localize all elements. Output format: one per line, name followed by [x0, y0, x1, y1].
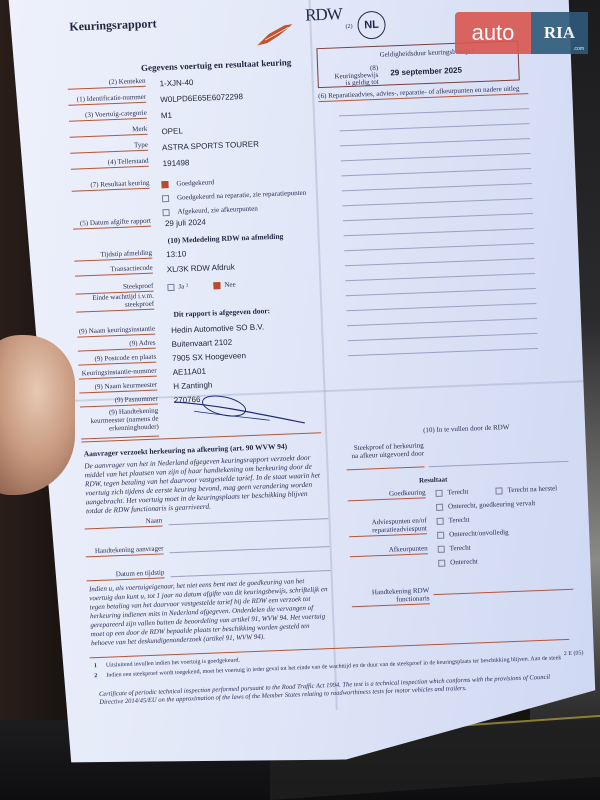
- checkbox[interactable]: [438, 560, 445, 567]
- notification-label: Tijdstip afmelding: [74, 249, 152, 262]
- notification-value: 13:10: [166, 249, 186, 259]
- reinspection-body: De aanvrager van het in Nederland afgege…: [84, 452, 326, 515]
- advice-line: [342, 183, 532, 191]
- checkbox[interactable]: [437, 532, 444, 539]
- advice-line: [344, 243, 534, 251]
- checkbox[interactable]: [435, 490, 442, 497]
- issuer-value: Hedin Automotive SO B.V.: [171, 322, 264, 335]
- checkbox[interactable]: [495, 487, 502, 494]
- result-option-label: Afgekeurd, zie afkeurpunten: [177, 205, 258, 216]
- issuer-label: (9) Postcode en plaats: [78, 353, 156, 366]
- advice-line: [348, 333, 538, 341]
- steekproef-option-label: Nee: [224, 280, 236, 288]
- rdw-option[interactable]: Terecht na herstel: [495, 484, 557, 494]
- rdw-signature-label: Handtekening RDW functionaris: [351, 586, 430, 607]
- field-value: W0LPD6E65E6072298: [160, 92, 243, 104]
- issuer-label: (9) Naam keurmeester: [79, 381, 157, 394]
- checkbox: [167, 284, 174, 291]
- field-value: M1: [161, 111, 172, 120]
- rdw-option[interactable]: Onterecht/onvolledig: [437, 528, 509, 539]
- field-label: (3) Voertuig-categorie: [69, 109, 147, 122]
- rdw-option-label: Terecht: [448, 516, 469, 525]
- issuer-value: H Zantingh: [173, 380, 212, 390]
- steekproef-option: Ja ²: [167, 282, 188, 291]
- wachttijd-label: Einde wachttijd i.v.m. steekproef: [76, 292, 155, 313]
- owner-note: Indien u, als voertuigeigenaar, het niet…: [89, 576, 331, 648]
- reinspection-name-label: Naam: [84, 516, 162, 529]
- result-option-label: Goedgekeurd: [176, 178, 214, 187]
- advice-line: [341, 168, 531, 176]
- section-vehicle-heading: Gegevens voertuig en resultaat keuring: [141, 57, 292, 73]
- rdw-option-label: Onterecht, goedkeuring vervalt: [448, 499, 536, 510]
- rdw-row-label: Adviespunten en/of reparatieadviespunt: [348, 516, 427, 537]
- watermark-suffix: .com: [573, 46, 584, 52]
- country-code-badge: NL: [357, 11, 386, 40]
- reinspection-datetime-label: Datum en tijdstip: [86, 568, 164, 581]
- advice-line: [346, 288, 536, 296]
- signature-scribble: [174, 389, 315, 434]
- document-title: Keuringsrapport: [69, 16, 157, 34]
- advice-line: [343, 213, 533, 221]
- validity-date: 29 september 2025: [390, 66, 462, 78]
- rdw-option[interactable]: Terecht: [436, 516, 469, 525]
- checkbox[interactable]: [437, 518, 444, 525]
- field-label: (4) Tellerstand: [70, 157, 148, 170]
- rdw-option-label: Onterecht/onvolledig: [449, 528, 509, 538]
- advice-line: [344, 228, 534, 236]
- advice-line: [348, 348, 538, 356]
- issuer-heading: Dit rapport is afgegeven door:: [173, 306, 270, 319]
- advice-line: [340, 138, 530, 146]
- issuer-label: (9) Naam keuringsinstantie: [77, 325, 155, 338]
- issuer-value: AE11A01: [173, 367, 207, 377]
- advice-line: [340, 123, 530, 131]
- result-option-label: Goedgekeurd na reparatie, zie reparatiep…: [177, 189, 306, 202]
- result-option: Goedgekeurd: [161, 178, 214, 188]
- result-label: (7) Resultaat keuring: [71, 179, 149, 192]
- rdw-section-heading: (10) In te vullen door de RDW: [423, 423, 510, 434]
- checkbox: [161, 181, 168, 188]
- result-option: Afgekeurd, zie afkeurpunten: [162, 205, 258, 217]
- rdw-option-label: Onterecht: [450, 557, 478, 566]
- rdw-steekproef-field[interactable]: [429, 461, 569, 467]
- country-code: NL: [364, 19, 379, 32]
- field-value: ASTRA SPORTS TOURER: [162, 139, 259, 152]
- advice-line: [345, 273, 535, 281]
- form-code: 2 E (05): [564, 650, 584, 657]
- checkbox[interactable]: [436, 504, 443, 511]
- rdw-option[interactable]: Terecht: [435, 488, 468, 497]
- rdw-option-label: Terecht: [447, 488, 468, 497]
- checkbox: [162, 209, 169, 216]
- rdw-option[interactable]: Terecht: [438, 544, 471, 553]
- watermark-ria: RIA .com: [531, 12, 588, 54]
- rdw-result-heading: Resultaat: [419, 475, 448, 484]
- field-value: 1-XJN-40: [159, 78, 193, 88]
- issuer-value: 7905 SX Hoogeveen: [172, 351, 246, 363]
- issuer-value: Buitenvaart 2102: [171, 338, 232, 349]
- watermark-ria-text: RIA: [544, 23, 575, 43]
- advice-line: [347, 318, 537, 326]
- inspection-report-paper: Keuringsrapport RDW (2) NL Gegevens voer…: [8, 0, 598, 771]
- rdw-steekproef-label: Steekproef of herkeuring na afkeur uitge…: [346, 441, 425, 470]
- reinspection-signature-field[interactable]: [170, 546, 330, 553]
- reinspection-name-field[interactable]: [169, 518, 329, 525]
- date-value: 29 juli 2024: [165, 218, 206, 229]
- result-option: Goedgekeurd na reparatie, zie reparatiep…: [162, 189, 306, 203]
- rdw-row-label: Afkeurpunten: [350, 544, 428, 557]
- issuer-label: Keuringsinstantie-nummer: [79, 367, 157, 380]
- validity-label: (8) Keuringsbewijs is geldig tot: [328, 65, 379, 88]
- rdw-option[interactable]: Onterecht, goedkeuring vervalt: [436, 499, 536, 511]
- footnote-number: 2: [94, 673, 97, 679]
- rdw-option[interactable]: Onterecht: [438, 557, 478, 567]
- date-label: (5) Datum afgifte rapport: [73, 217, 151, 230]
- rdw-option-label: Terecht: [450, 544, 471, 553]
- watermark-auto: auto: [455, 12, 531, 54]
- checkbox[interactable]: [438, 546, 445, 553]
- field-label: (1) Identificatie-nummer: [68, 93, 146, 106]
- field-label: Merk: [69, 125, 147, 138]
- field-value: 191498: [163, 158, 190, 168]
- advice-line: [345, 258, 535, 266]
- notification-value: XL/3K RDW Afdruk: [167, 263, 235, 275]
- notification-label: Transactiecode: [75, 264, 153, 277]
- rdw-feather-logo-icon: [254, 23, 295, 47]
- rdw-logo-text: RDW: [305, 4, 342, 25]
- field-value: OPEL: [161, 126, 183, 136]
- country-note: (2): [345, 24, 352, 30]
- steekproef-option: Nee: [213, 280, 236, 289]
- advice-line: [339, 108, 529, 116]
- checkbox: [213, 282, 220, 289]
- field-label: Type: [70, 141, 148, 154]
- advice-line: [346, 303, 536, 311]
- rdw-row-label: Goedkeuring: [347, 488, 425, 501]
- field-label: (2) Kenteken: [67, 77, 145, 90]
- footnote-number: 1: [94, 663, 97, 669]
- signature-label: (9) Handtekening keurmeester (namens de …: [80, 407, 159, 440]
- checkbox: [162, 195, 169, 202]
- reinspection-signature-label: Handtekening aanvrager: [85, 544, 163, 557]
- advice-line: [342, 198, 532, 206]
- advice-line: [341, 153, 531, 161]
- section-notification-heading: (10) Mededeling RDW na afmelding: [167, 232, 283, 245]
- steekproef-option-label: Ja ²: [178, 282, 188, 290]
- issuer-label: (9) Adres: [77, 339, 155, 352]
- rdw-option-label: Terecht na herstel: [507, 484, 557, 494]
- autoria-watermark: auto RIA .com: [455, 12, 588, 54]
- issuer-label: (9) Pasnummer: [80, 395, 158, 408]
